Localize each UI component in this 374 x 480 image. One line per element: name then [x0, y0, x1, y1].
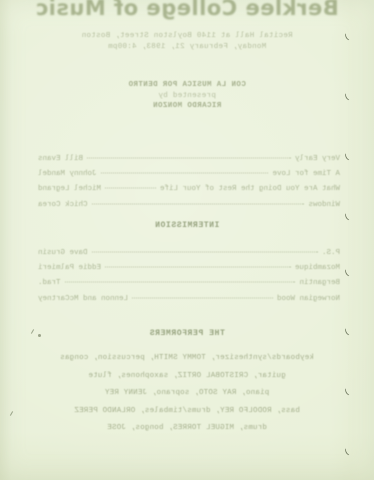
paper-speck	[38, 334, 41, 337]
composer-name: Bill Evans	[38, 155, 83, 163]
performer-line: keyboards/synthesizer, TOMMY SMITH, perc…	[0, 354, 374, 362]
song-title: Very Early	[295, 155, 340, 163]
song-title: P.S.	[322, 249, 340, 257]
performers-heading: THE PERFORMERS	[0, 329, 374, 338]
program-row: Windows Chick Corea	[38, 201, 340, 209]
composer-name: Chick Corea	[38, 201, 88, 209]
performer-line: bass, RODOLFO REY, drums/timbales, ORLAN…	[0, 407, 374, 415]
intermission-label: INTERMISSION	[0, 221, 374, 230]
program-list-second-half: P.S. Dave Grusin Mozambique Eddie Palmie…	[38, 249, 340, 310]
composer-name: Trad.	[38, 279, 61, 287]
date-line: Monday, February 21, 1983, 4:00pm	[0, 43, 374, 51]
dot-leader	[132, 297, 273, 298]
composer-name: Michel Legrand	[38, 185, 101, 193]
program-row: Mozambique Eddie Palmieri	[38, 264, 340, 272]
venue-line: Recital Hall at 1140 Boylston Street, Bo…	[0, 32, 374, 40]
performer-line: piano, RAY SOTO, soprano, JENNY REY	[0, 389, 374, 397]
program-list-first-half: Very Early Bill Evans A Time for Love Jo…	[38, 155, 340, 216]
program-row: Norwegian Wood Lennon and McCartney	[38, 295, 340, 303]
dot-leader	[65, 282, 296, 283]
performer-line: guitar, CRISTOBAL ORTIZ, saxophones, flu…	[0, 372, 374, 380]
composer-name: Johnny Mandel	[38, 170, 97, 178]
program-row: A Time for Love Johnny Mandel	[38, 170, 340, 178]
show-through-content: Berklee College of Music Recital Hall at…	[0, 0, 374, 480]
presented-by-label: presented by	[0, 92, 374, 100]
dot-leader	[105, 188, 156, 189]
dot-leader	[92, 252, 318, 253]
song-title: Bergantin	[299, 279, 340, 287]
composer-name: Dave Grusin	[38, 249, 88, 257]
presenter-name: RICARDO MONZON	[0, 102, 374, 110]
song-title: Norwegian Wood	[277, 295, 340, 303]
program-row: Bergantin Trad.	[38, 279, 340, 287]
program-row: What Are You Doing the Rest of Your Life…	[38, 185, 340, 193]
dot-leader	[101, 173, 269, 174]
song-title: Mozambique	[295, 264, 340, 272]
composer-name: Eddie Palmieri	[38, 264, 101, 272]
berklee-logo-text: Berklee College of Music	[0, 0, 374, 20]
program-row: Very Early Bill Evans	[38, 155, 340, 163]
scanned-program-page: Berklee College of Music Recital Hall at…	[0, 0, 374, 480]
performers-list: keyboards/synthesizer, TOMMY SMITH, perc…	[0, 354, 374, 442]
song-title: Windows	[308, 201, 340, 209]
song-title: What Are You Doing the Rest of Your Life	[160, 185, 340, 193]
program-row: P.S. Dave Grusin	[38, 249, 340, 257]
dot-leader	[87, 158, 291, 159]
composer-name: Lennon and McCartney	[38, 295, 128, 303]
dot-leader	[105, 267, 291, 268]
dot-leader	[92, 203, 305, 204]
program-title: CON LA MUSICA POR DENTRO	[0, 81, 374, 89]
song-title: A Time for Love	[272, 170, 340, 178]
performer-line: drums, MIGUEL TORRES, bongos, JOSE	[0, 424, 374, 432]
